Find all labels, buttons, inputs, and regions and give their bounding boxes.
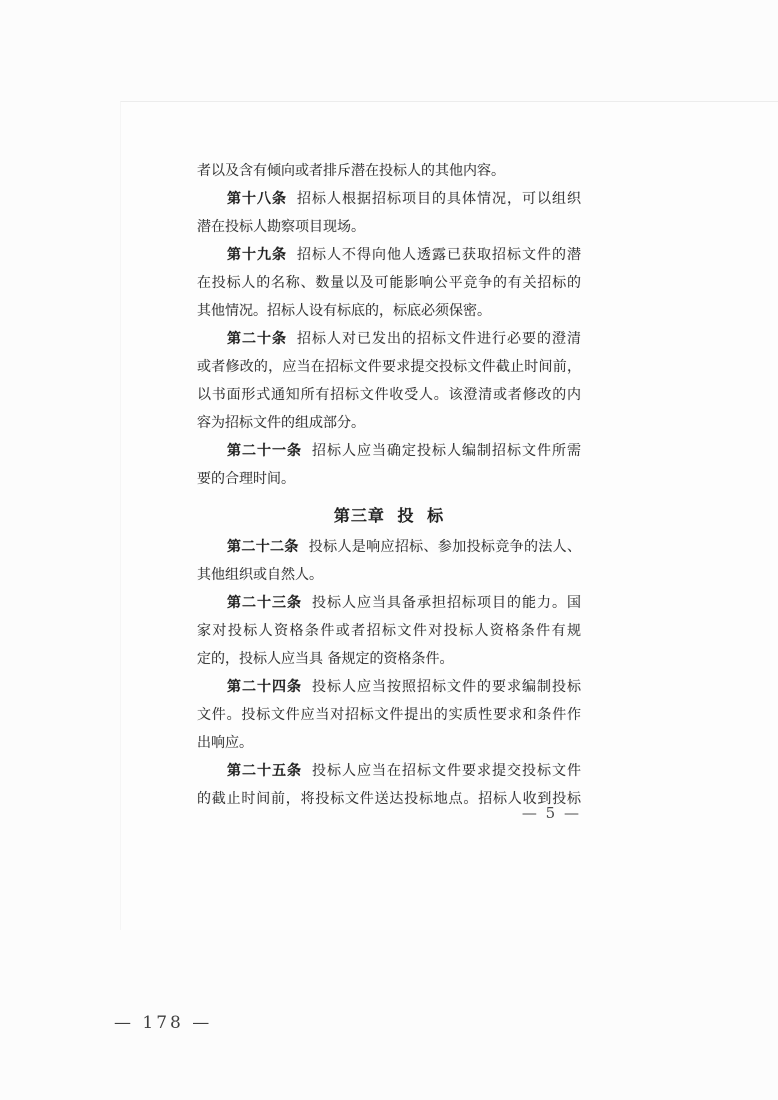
body-line: 第二十五条投标人应当在招标文件要求提交投标文件 [197,757,581,785]
line-text: 文件。投标文件应当对招标文件提出的实质性要求和条件作 [197,707,581,723]
body-line: 第二十三条投标人应当具备承担招标项目的能力。国 [197,589,581,617]
line-text: 者以及含有倾向或者排斥潜在投标人的其他内容。 [197,163,505,179]
body-line: 出响应。 [197,729,581,757]
chapter-heading: 第三章 投 标 [197,501,581,531]
article-number: 第二十五条 [227,763,302,779]
body-line: 第十八条招标人根据招标项目的具体情况，可以组织 [197,185,581,213]
line-text: 出响应。 [197,735,253,751]
article-number: 第十九条 [227,247,287,263]
article-number: 第二十一条 [227,443,302,459]
body-line: 者以及含有倾向或者排斥潜在投标人的其他内容。 [197,157,581,185]
body-line: 第二十二条投标人是响应招标、参加投标竞争的法人、 [197,533,581,561]
line-text: 在投标人的名称、数量以及可能影响公平竞争的有关招标的 [197,275,581,291]
article-number: 第二十条 [227,331,287,347]
line-text: 或者修改的，应当在招标文件要求提交投标文件截止时间前， [197,359,581,375]
body-line: 家对投标人资格条件或者招标文件对投标人资格条件有规 [197,617,581,645]
body-line: 以书面形式通知所有招标文件收受人。该澄清或者修改的内 [197,381,581,409]
body-line: 容为招标文件的组成部分。 [197,409,581,437]
body-line: 要的合理时间。 [197,465,581,493]
line-text: 以书面形式通知所有招标文件收受人。该澄清或者修改的内 [197,387,581,403]
body-line: 第二十条招标人对已发出的招标文件进行必要的澄清 [197,325,581,353]
article-number: 第十八条 [227,191,287,207]
body-line: 第二十四条投标人应当按照招标文件的要求编制投标 [197,673,581,701]
line-text: 招标人不得向他人透露已获取招标文件的潜 [297,247,581,263]
article-number: 第二十二条 [227,539,299,555]
page-number: — 5 — [197,804,581,822]
body-line: 其他情况。招标人设有标底的，标底必须保密。 [197,297,581,325]
body-line: 或者修改的，应当在招标文件要求提交投标文件截止时间前， [197,353,581,381]
body-line: 第二十一条招标人应当确定投标人编制招标文件所需 [197,437,581,465]
article-number: 第二十四条 [227,679,302,695]
body-line: 第十九条招标人不得向他人透露已获取招标文件的潜 [197,241,581,269]
line-text: 要的合理时间。 [197,471,295,487]
line-text: 投标人应当具备承担招标项目的能力。国 [312,595,581,611]
line-text: 招标人应当确定投标人编制招标文件所需 [312,443,581,459]
body-line: 在投标人的名称、数量以及可能影响公平竞争的有关招标的 [197,269,581,297]
scanned-page: 者以及含有倾向或者排斥潜在投标人的其他内容。 第十八条招标人根据招标项目的具体情… [0,0,778,1100]
body-line: 文件。投标文件应当对招标文件提出的实质性要求和条件作 [197,701,581,729]
line-text: 投标人应当按照招标文件的要求编制投标 [312,679,581,695]
line-text: 其他情况。招标人设有标底的，标底必须保密。 [197,303,491,319]
line-text: 定的，投标人应当具 备规定的资格条件。 [197,651,453,667]
line-text: 其他组织或自然人。 [197,567,323,583]
line-text: 投标人应当在招标文件要求提交投标文件 [312,763,581,779]
article-number: 第二十三条 [227,595,302,611]
body-line: 其他组织或自然人。 [197,561,581,589]
line-text: 潜在投标人勘察项目现场。 [197,219,365,235]
body-line: 定的，投标人应当具 备规定的资格条件。 [197,645,581,673]
line-text: 招标人对已发出的招标文件进行必要的澄清 [297,331,581,347]
line-text: 家对投标人资格条件或者招标文件对投标人资格条件有规 [197,623,581,639]
line-text: 容为招标文件的组成部分。 [197,415,365,431]
line-text: 投标人是响应招标、参加投标竞争的法人、 [309,539,581,555]
body-line: 潜在投标人勘察项目现场。 [197,213,581,241]
line-text: 招标人根据招标项目的具体情况，可以组织 [297,191,581,207]
book-page-number: — 178 — [114,1013,212,1033]
document-text-block: 者以及含有倾向或者排斥潜在投标人的其他内容。 第十八条招标人根据招标项目的具体情… [197,157,581,813]
